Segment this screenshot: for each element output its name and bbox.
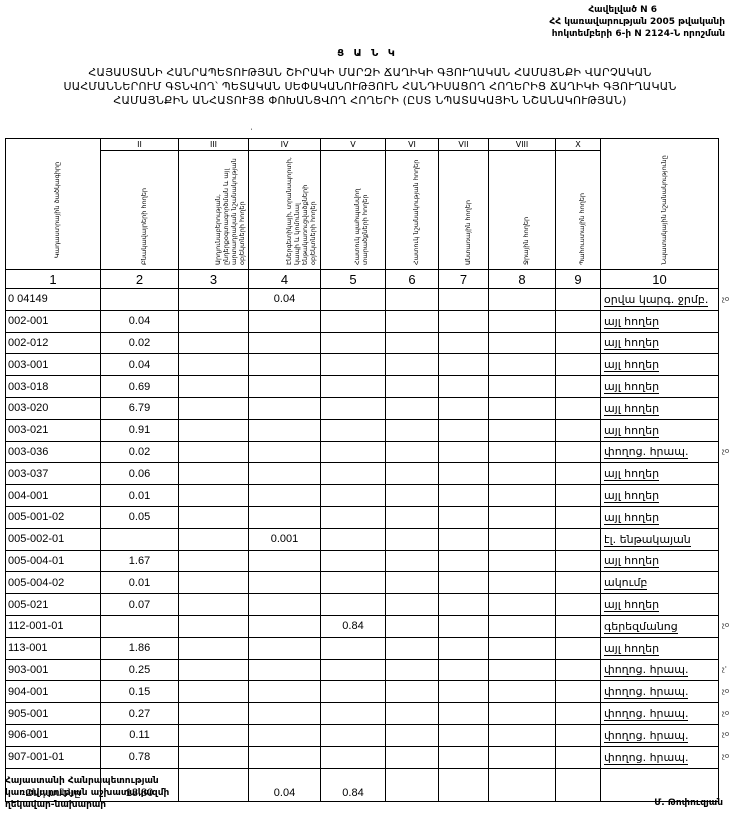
margin-mark: չօ [722,730,729,738]
total-cell: 0.84 [321,768,386,801]
area-cell [249,485,321,507]
header-cell: Հատուկ նշանակության հողեր [386,151,439,270]
cadastral-code: 005-002-01 [6,528,101,550]
header-label: Արդյունաբերության, ընդերքօգտագործման և ա… [214,155,246,265]
area-cell [489,703,556,725]
area-cell [439,463,489,485]
area-cell: 0.01 [101,572,179,594]
area-cell [101,289,179,311]
cadastral-code: 002-012 [6,332,101,354]
column-number: 8 [489,270,556,289]
area-cell [439,550,489,572]
area-cell [386,615,439,637]
purpose-text: օրվա կարգ. ջրմբ. [604,293,708,307]
area-cell [249,441,321,463]
area-cell [439,594,489,616]
area-cell: 0.04 [101,310,179,332]
table-row: 005-001-020.05այլ հողեր [6,506,719,528]
column-number: 3 [179,270,249,289]
area-cell: 0.11 [101,724,179,746]
area-cell [489,463,556,485]
area-cell [249,310,321,332]
area-cell [321,724,386,746]
table-row: 113-0011.86այլ հողեր [6,637,719,659]
header-cell: Նպատակային նշանակությունը [601,139,719,270]
cadastral-code: 004-001 [6,485,101,507]
purpose-text: այլ հողեր [604,315,659,329]
signatory-title: Հայաստանի Հանրապետության կառավարության ա… [5,775,169,811]
purpose-cell: այլ հողեր [601,397,719,419]
area-cell [439,724,489,746]
purpose-text: էլ. ենթակայան [604,533,691,547]
purpose-cell: գերեզմանոց [601,615,719,637]
area-cell [321,332,386,354]
table-row: 903-0010.25փողոց. հրապ. [6,659,719,681]
area-cell [179,724,249,746]
area-cell [439,506,489,528]
cadastral-code: 003-037 [6,463,101,485]
area-cell [179,397,249,419]
area-cell [386,485,439,507]
area-cell [249,419,321,441]
header-label: Կադաստրային ծածկագիրը [53,155,61,265]
area-cell [249,572,321,594]
table-row: 0 041490.04օրվա կարգ. ջրմբ. [6,289,719,311]
area-cell [489,289,556,311]
area-cell [321,572,386,594]
area-cell [321,594,386,616]
area-cell [489,310,556,332]
purpose-cell: փողոց. հրապ. [601,703,719,725]
header-cell: Կադաստրային ծածկագիրը [6,139,101,270]
cadastral-code: 112-001-01 [6,615,101,637]
area-cell [439,310,489,332]
area-cell [556,310,601,332]
area-cell [179,637,249,659]
total-cell [179,768,249,801]
area-cell [179,441,249,463]
area-cell [489,594,556,616]
cadastral-code: 002-001 [6,310,101,332]
area-cell [249,397,321,419]
table-row: 905-0010.27փողոց. հրապ. [6,703,719,725]
purpose-cell: փողոց. հրապ. [601,724,719,746]
area-cell [439,681,489,703]
header-cell: Արդյունաբերության, ընդերքօգտագործման և ա… [179,151,249,270]
margin-mark: չօ [722,447,729,455]
roman-numeral: VII [439,139,489,151]
area-cell [489,572,556,594]
area-cell [556,528,601,550]
land-table: Կադաստրային ծածկագիրը II III IV V VI VII… [5,138,719,802]
area-cell: 6.79 [101,397,179,419]
purpose-cell: փողոց. հրապ. [601,681,719,703]
annex-line: հոկտեմբերի 6-ի N 2124-Ն որոշման [465,28,725,40]
area-cell [321,528,386,550]
area-cell: 0.27 [101,703,179,725]
area-cell [321,419,386,441]
purpose-text: այլ հողեր [604,467,659,481]
area-cell [101,528,179,550]
header-cell: Պահուստային հողեր [556,151,601,270]
table-row: 002-0120.02այլ հողեր [6,332,719,354]
margin-mark: չօ [722,709,729,717]
area-cell: 0.001 [249,528,321,550]
area-cell [386,637,439,659]
table-row: 003-0180.69այլ հողեր [6,376,719,398]
area-cell [386,506,439,528]
column-number: 5 [321,270,386,289]
area-cell [556,681,601,703]
header-label: Անտառային հողեր [464,155,472,265]
cadastral-code: 003-021 [6,419,101,441]
area-cell [179,332,249,354]
purpose-text: այլ հողեր [604,642,659,656]
table-row: 003-0010.04այլ հողեր [6,354,719,376]
area-cell [489,506,556,528]
area-cell [556,441,601,463]
area-cell [556,332,601,354]
area-cell [321,463,386,485]
area-cell: 0.06 [101,463,179,485]
area-cell [249,376,321,398]
area-cell [386,310,439,332]
table-row: 005-004-011.67այլ հողեր [6,550,719,572]
area-cell [489,659,556,681]
area-cell [439,572,489,594]
total-cell [556,768,601,801]
area-cell [556,703,601,725]
area-cell [386,332,439,354]
margin-mark: չօ [722,687,729,695]
area-cell [179,572,249,594]
header-cell: Հատուկ պահպանվող տարածքների հողեր [321,151,386,270]
purpose-text: փողոց. հրապ. [604,445,688,459]
purpose-cell: այլ հողեր [601,594,719,616]
document-title: ՀԱՅԱՍՏԱՆԻ ՀԱՆՐԱՊԵՏՈՒԹՅԱՆ ՇԻՐԱԿԻ ՄԱՐԶԻ ՃԱ… [60,66,680,108]
cadastral-code: 003-018 [6,376,101,398]
area-cell [439,441,489,463]
roman-numeral: V [321,139,386,151]
annex-line: Հավելված N 6 [465,4,725,16]
header-cell: Բնակավայրերի հողեր [101,151,179,270]
area-cell [249,637,321,659]
area-cell [556,289,601,311]
purpose-text: այլ հողեր [604,511,659,525]
area-cell [179,506,249,528]
header-roman-row: Կադաստրային ծածկագիրը II III IV V VI VII… [6,139,719,151]
area-cell [489,397,556,419]
area-cell [439,332,489,354]
purpose-text: փողոց. հրապ. [604,663,688,677]
cadastral-code: 005-021 [6,594,101,616]
area-cell [439,354,489,376]
area-cell [321,746,386,768]
purpose-cell: փողոց. հրապ. [601,746,719,768]
area-cell [386,659,439,681]
cadastral-code: 0 04149 [6,289,101,311]
purpose-cell: այլ հողեր [601,310,719,332]
header-label: Էներգետիկայի, տրանսպորտի, կապի և կոմունա… [285,155,317,265]
purpose-cell: այլ հողեր [601,376,719,398]
area-cell [386,441,439,463]
margin-mark: չօ [722,295,729,303]
header-label: Հատուկ պահպանվող տարածքների հողեր [353,155,369,265]
area-cell [556,724,601,746]
area-cell [489,376,556,398]
area-cell [556,572,601,594]
area-cell [386,354,439,376]
area-cell [386,419,439,441]
table-row: 003-0206.79այլ հողեր [6,397,719,419]
purpose-text: փողոց. հրապ. [604,729,688,743]
area-cell: 0.04 [249,289,321,311]
table-row: 002-0010.04այլ հողեր [6,310,719,332]
table-row: 004-0010.01այլ հողեր [6,485,719,507]
header-label: Նպատակային նշանակությունը [660,155,668,265]
area-cell [249,681,321,703]
area-cell [179,615,249,637]
area-cell [101,615,179,637]
purpose-text: այլ հողեր [604,380,659,394]
area-cell [249,659,321,681]
header-label: Ջրային հողեր [522,155,530,265]
area-cell [321,681,386,703]
area-cell [439,746,489,768]
area-cell [249,594,321,616]
area-cell [556,354,601,376]
cadastral-code: 113-001 [6,637,101,659]
purpose-text: այլ հողեր [604,358,659,372]
purpose-cell: փողոց. հրապ. [601,441,719,463]
area-cell [556,746,601,768]
cadastral-code: 003-020 [6,397,101,419]
area-cell [439,376,489,398]
area-cell [556,463,601,485]
margin-mark: չ' [722,665,727,673]
area-cell: 0.15 [101,681,179,703]
header-label: Հատուկ նշանակության հողեր [412,155,420,265]
column-number: 9 [556,270,601,289]
cadastral-code: 905-001 [6,703,101,725]
area-cell: 0.69 [101,376,179,398]
purpose-text: ակումբ [604,576,647,590]
area-cell [439,637,489,659]
area-cell: 0.02 [101,332,179,354]
roman-numeral: III [179,139,249,151]
area-cell [556,419,601,441]
area-cell [386,746,439,768]
area-cell: 1.67 [101,550,179,572]
area-cell [386,681,439,703]
area-cell [321,506,386,528]
cadastral-code: 005-001-02 [6,506,101,528]
cadastral-code: 003-001 [6,354,101,376]
area-cell [179,289,249,311]
purpose-text: փողոց. հրապ. [604,685,688,699]
area-cell [556,594,601,616]
cadastral-code: 005-004-01 [6,550,101,572]
area-cell: 0.01 [101,485,179,507]
area-cell [489,724,556,746]
area-cell: 0.25 [101,659,179,681]
area-cell [249,463,321,485]
purpose-text: այլ հողեր [604,402,659,416]
purpose-cell: այլ հողեր [601,637,719,659]
table-row: 003-0370.06այլ հողեր [6,463,719,485]
signatory-line: կառավարության աշխատակազմի [5,787,169,799]
annex-line: ՀՀ կառավարության 2005 թվականի [465,16,725,28]
area-cell [386,550,439,572]
area-cell [489,615,556,637]
purpose-text: այլ հողեր [604,489,659,503]
purpose-text: այլ հողեր [604,554,659,568]
area-cell [386,703,439,725]
area-cell [386,724,439,746]
area-cell [321,289,386,311]
total-cell [439,768,489,801]
purpose-text: փողոց. հրապ. [604,751,688,765]
area-cell [489,419,556,441]
roman-numeral: X [556,139,601,151]
purpose-text: այլ հողեր [604,424,659,438]
signatory-line: Հայաստանի Հանրապետության [5,775,169,787]
roman-numeral: IV [249,139,321,151]
total-cell [601,768,719,801]
area-cell [321,659,386,681]
area-cell [249,332,321,354]
signatory-name: Մ. Թոփուզյան [654,798,723,808]
area-cell [439,528,489,550]
cadastral-code: 906-001 [6,724,101,746]
area-cell [489,746,556,768]
column-number: 10 [601,270,719,289]
purpose-text: այլ հողեր [604,336,659,350]
area-cell [386,594,439,616]
table-row: 005-0210.07այլ հողեր [6,594,719,616]
area-cell: 0.84 [321,615,386,637]
table-row: 907-001-010.78փողոց. հրապ. [6,746,719,768]
area-cell [179,681,249,703]
area-cell [179,310,249,332]
area-cell: 0.02 [101,441,179,463]
cadastral-code: 904-001 [6,681,101,703]
area-cell [439,419,489,441]
area-cell [321,354,386,376]
area-cell [386,572,439,594]
area-cell: 0.05 [101,506,179,528]
area-cell [489,441,556,463]
area-cell [556,550,601,572]
area-cell [179,354,249,376]
area-cell [386,397,439,419]
area-cell [321,397,386,419]
area-cell [249,724,321,746]
area-cell [179,485,249,507]
area-cell [439,289,489,311]
area-cell [439,659,489,681]
area-cell [321,550,386,572]
area-cell [489,550,556,572]
area-cell [179,376,249,398]
area-cell [249,746,321,768]
signatory-line: ղեկավար-նախարար [5,799,169,811]
table-row: 003-0210.91այլ հողեր [6,419,719,441]
area-cell [556,659,601,681]
total-cell: 0.04 [249,768,321,801]
column-number: 4 [249,270,321,289]
area-cell [179,463,249,485]
area-cell [249,703,321,725]
roman-numeral: VI [386,139,439,151]
area-cell [179,703,249,725]
area-cell [556,485,601,507]
area-cell [386,289,439,311]
area-cell [249,354,321,376]
area-cell [556,397,601,419]
area-cell: 0.07 [101,594,179,616]
table-row: 005-004-020.01ակումբ [6,572,719,594]
column-number: 1 [6,270,101,289]
area-cell [249,615,321,637]
header-cell: Անտառային հողեր [439,151,489,270]
area-cell [321,441,386,463]
table-row: 005-002-010.001էլ. ենթակայան [6,528,719,550]
area-cell [179,659,249,681]
area-cell [249,550,321,572]
roman-numeral: II [101,139,179,151]
area-cell [556,615,601,637]
cadastral-code: 005-004-02 [6,572,101,594]
table-row: 906-0010.11փողոց. հրապ. [6,724,719,746]
header-label: Պահուստային հողեր [578,155,586,265]
area-cell [179,528,249,550]
area-cell [321,310,386,332]
purpose-cell: օրվա կարգ. ջրմբ. [601,289,719,311]
area-cell [179,419,249,441]
margin-mark: չօ [722,752,729,760]
area-cell [489,528,556,550]
column-number-row: 1 2 3 4 5 6 7 8 9 10 [6,270,719,289]
header-cell: Էներգետիկայի, տրանսպորտի, կապի և կոմունա… [249,151,321,270]
area-cell [321,485,386,507]
area-cell [489,332,556,354]
area-cell [439,397,489,419]
table-row: 904-0010.15փողոց. հրապ. [6,681,719,703]
cadastral-code: 003-036 [6,441,101,463]
area-cell [556,637,601,659]
area-cell [439,703,489,725]
purpose-cell: փողոց. հրապ. [601,659,719,681]
total-cell [489,768,556,801]
roman-numeral: VIII [489,139,556,151]
area-cell [439,485,489,507]
area-cell [556,376,601,398]
area-cell [179,746,249,768]
area-cell: 1.86 [101,637,179,659]
table-row: 003-0360.02փողոց. հրապ. [6,441,719,463]
purpose-cell: այլ հողեր [601,463,719,485]
area-cell [556,506,601,528]
area-cell [321,703,386,725]
stray-mark: ˈ [250,127,253,137]
header-label: Բնակավայրերի հողեր [140,155,148,265]
purpose-cell: ակումբ [601,572,719,594]
purpose-cell: այլ հողեր [601,332,719,354]
area-cell [489,637,556,659]
area-cell [386,376,439,398]
area-cell [179,550,249,572]
